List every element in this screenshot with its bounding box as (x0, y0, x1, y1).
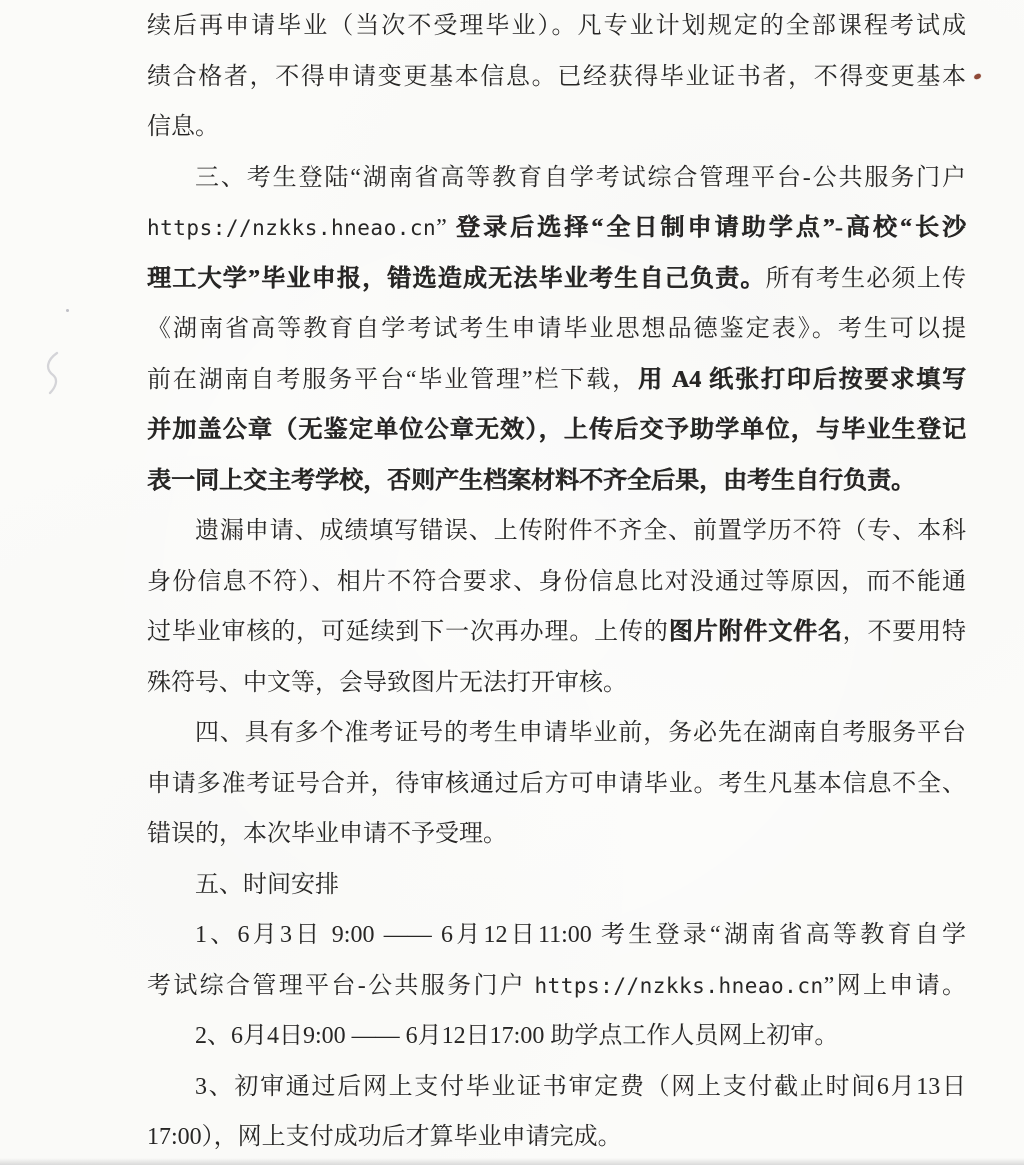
text-run: 3、初审通过后网上支付毕业证书审定费（网上支付截止时间6月13日 (195, 1074, 966, 1100)
text-run: 1、6月3日 9:00 —— 6月12日11:00 考生登录“湖南省高等教育自学 (195, 922, 966, 948)
text-run: 申请多准考证号合并，待审核通过后方可申请毕业。考生凡基本信息不全、 (147, 771, 966, 797)
text-line: 错误的，本次毕业申请不予受理。 (147, 809, 966, 860)
text-run: 用 A4 纸张打印后按要求填写 (638, 367, 966, 393)
scan-speck (66, 309, 69, 312)
document-page: { "colors": { "ink": "#272625", "paper":… (0, 0, 1024, 1165)
text-run: 并加盖公章（无鉴定单位公章无效），上传后交予助学单位，与毕业生登记 (147, 417, 966, 443)
text-line: 并加盖公章（无鉴定单位公章无效），上传后交予助学单位，与毕业生登记 (147, 405, 966, 456)
url-text: https://nzkks.hneao.cn (147, 216, 436, 240)
text-run: 图片附件文件名 (669, 619, 843, 645)
notice-body: 续后再申请毕业（当次不受理毕业）。凡专业计划规定的全部课程考试成 绩合格者，不得… (147, 1, 966, 1163)
text-run: 所有考生必须上传 (765, 266, 966, 292)
text-run: 表一同上交主考学校，否则产生档案材料不齐全后果，由考生自行负责。 (147, 468, 915, 494)
text-run: 遗漏申请、成绩填写错误、上传附件不齐全、前置学历不符（专、本科 (195, 518, 966, 544)
text-run: 17:00），网上支付成功后才算毕业申请完成。 (147, 1124, 622, 1150)
text-line: 五、时间安排 (147, 860, 966, 911)
text-line: 四、具有多个准考证号的考生申请毕业前，务必先在湖南自考服务平台 (147, 708, 966, 759)
text-line: 17:00），网上支付成功后才算毕业申请完成。 (147, 1112, 966, 1163)
text-run: 三、考生登陆“湖南省高等教育自学考试综合管理平台-公共服务门户 (195, 165, 966, 191)
text-run: 五、时间安排 (195, 872, 339, 898)
text-line: 三、考生登陆“湖南省高等教育自学考试综合管理平台-公共服务门户 (147, 153, 966, 204)
text-run: 错误的，本次毕业申请不予受理。 (147, 821, 507, 847)
red-ink-speck (973, 73, 981, 80)
text-run: 殊符号、中文等，会导致图片无法打开审核。 (147, 670, 627, 696)
text-line: 理工大学”毕业申报，错选造成无法毕业考生自己负责。所有考生必须上传 (147, 254, 966, 305)
text-run: ” (436, 215, 456, 241)
text-line: 1、6月3日 9:00 —— 6月12日11:00 考生登录“湖南省高等教育自学 (147, 910, 966, 961)
text-line: 表一同上交主考学校，否则产生档案材料不齐全后果，由考生自行负责。 (147, 456, 966, 507)
text-run: ”网上申请。 (824, 973, 966, 999)
text-line: https://nzkks.hneao.cn” 登录后选择“全日制申请助学点”-… (147, 203, 966, 254)
text-run: 续后再申请毕业（当次不受理毕业）。凡专业计划规定的全部课程考试成 (147, 13, 966, 39)
text-run: 信息。 (147, 114, 219, 140)
text-line: 前在湖南自考服务平台“毕业管理”栏下载，用 A4 纸张打印后按要求填写 (147, 355, 966, 406)
text-line: 遗漏申请、成绩填写错误、上传附件不齐全、前置学历不符（专、本科 (147, 506, 966, 557)
text-line: 绩合格者，不得申请变更基本信息。已经获得毕业证书者，不得变更基本 (147, 52, 966, 103)
text-run: ，不要用特 (843, 619, 966, 645)
text-run: 理工大学”毕业申报，错选造成无法毕业考生自己负责。 (147, 266, 765, 292)
text-line: 殊符号、中文等，会导致图片无法打开审核。 (147, 658, 966, 709)
text-line: 2、6月4日9:00 —— 6月12日17:00 助学点工作人员网上初审。 (147, 1011, 966, 1062)
text-run: 考试综合管理平台-公共服务门户 (147, 973, 534, 999)
text-line: 考试综合管理平台-公共服务门户 https://nzkks.hneao.cn”网… (147, 961, 966, 1012)
text-run: 登录后选择“全日制申请助学点”-高校“长沙 (456, 215, 966, 241)
text-line: 续后再申请毕业（当次不受理毕业）。凡专业计划规定的全部课程考试成 (147, 1, 966, 52)
text-line: 信息。 (147, 102, 966, 153)
text-line: 3、初审通过后网上支付毕业证书审定费（网上支付截止时间6月13日 (147, 1062, 966, 1113)
text-line: 《湖南省高等教育自学考试考生申请毕业思想品德鉴定表》。考生可以提 (147, 304, 966, 355)
text-line: 过毕业审核的，可延续到下一次再办理。上传的图片附件文件名，不要用特 (147, 607, 966, 658)
text-run: 过毕业审核的，可延续到下一次再办理。上传的 (147, 619, 669, 645)
scan-edge-shadow (0, 1158, 1024, 1165)
url-text: https://nzkks.hneao.cn (534, 974, 823, 998)
text-run: 2、6月4日9:00 —— 6月12日17:00 助学点工作人员网上初审。 (195, 1023, 838, 1049)
text-line: 申请多准考证号合并，待审核通过后方可申请毕业。考生凡基本信息不全、 (147, 759, 966, 810)
text-run: 绩合格者，不得申请变更基本信息。已经获得毕业证书者，不得变更基本 (147, 64, 966, 90)
text-line: 身份信息不符）、相片不符合要求、身份信息比对没通过等原因，而不能通 (147, 557, 966, 608)
pencil-smudge (42, 350, 66, 401)
text-run: 前在湖南自考服务平台“毕业管理”栏下载， (147, 367, 638, 393)
text-run: 《湖南省高等教育自学考试考生申请毕业思想品德鉴定表》。考生可以提 (147, 316, 966, 342)
text-run: 四、具有多个准考证号的考生申请毕业前，务必先在湖南自考服务平台 (195, 720, 966, 746)
text-run: 身份信息不符）、相片不符合要求、身份信息比对没通过等原因，而不能通 (147, 569, 966, 595)
